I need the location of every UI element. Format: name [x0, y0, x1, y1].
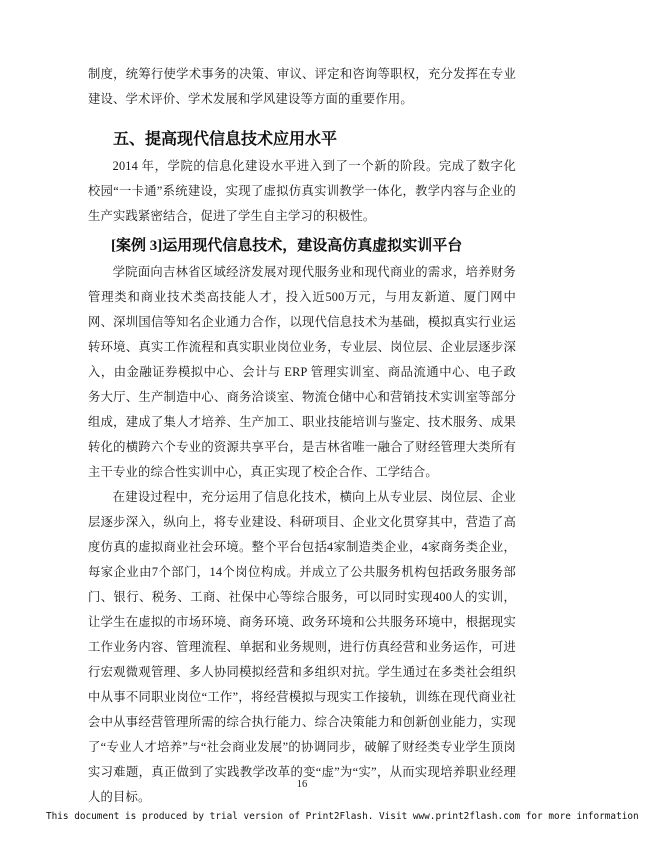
page-number: 16 [88, 779, 516, 790]
page-content: 制度，统筹行使学术事务的决策、审议、评定和咨询等职权，充分发挥在专业建设、学术评… [88, 62, 516, 810]
print2flash-trial-watermark: This document is produced by trial versi… [46, 811, 639, 822]
section-heading-5: 五、提高现代信息技术应用水平 [88, 128, 516, 152]
case-3-heading: [案例 3]运用现代信息技术，建设高仿真虚拟实训平台 [88, 234, 516, 258]
paragraph-platform-construction: 学院面向吉林省区域经济发展对现代服务业和现代商业的需求，培养财务管理类和商业技术… [88, 260, 516, 485]
document-page: 制度，统筹行使学术事务的决策、审议、评定和咨询等职权，充分发挥在专业建设、学术评… [0, 0, 653, 843]
paragraph-virtual-business-environment: 在建设过程中，充分运用了信息化技术，横向上从专业层、岗位层、企业层逐步深入，纵向… [88, 485, 516, 810]
paragraph-informatization-2014: 2014 年，学院的信息化建设水平进入到了一个新的阶段。完成了数字化校园“一卡通… [88, 154, 516, 229]
paragraph-academic-committee: 制度，统筹行使学术事务的决策、审议、评定和咨询等职权，充分发挥在专业建设、学术评… [88, 62, 516, 112]
